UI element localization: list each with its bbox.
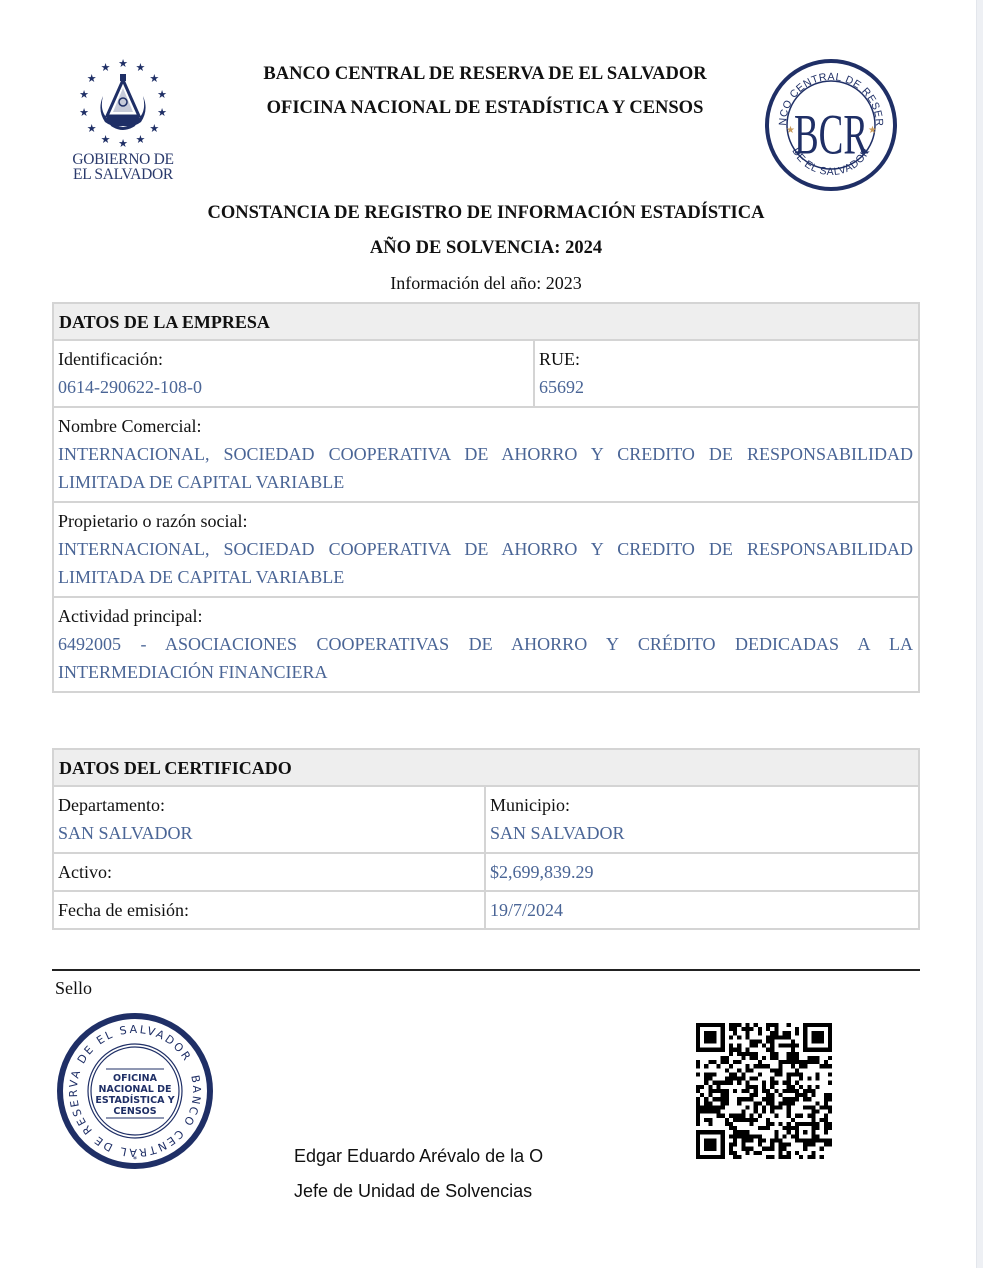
gov-logo-line1: GOBIERNO DE xyxy=(58,152,188,167)
actividad-cell: Actividad principal: 6492005 - ASOCIACIO… xyxy=(53,597,919,692)
svg-text:★: ★ xyxy=(149,122,159,135)
signature-separator xyxy=(52,969,920,971)
propietario-value: INTERNACIONAL, SOCIEDAD COOPERATIVA DE A… xyxy=(58,535,913,591)
seal-line-1: OFICINA xyxy=(113,1073,158,1084)
municipio-label: Municipio: xyxy=(490,791,913,819)
seal-line-3: ESTADÍSTICA Y xyxy=(95,1094,174,1106)
seal-line-2: NACIONAL DE xyxy=(99,1084,172,1095)
office-name: OFICINA NACIONAL DE ESTADÍSTICA Y CENSOS xyxy=(200,96,770,120)
verification-qr-code[interactable] xyxy=(696,1023,832,1159)
gobierno-el-salvador-logo: ★★★★★★★★★★★★★★ GOBIERNO DE EL SALVADOR xyxy=(58,58,188,190)
fecha-label-cell: Fecha de emisión: xyxy=(53,891,485,929)
document-page: ★★★★★★★★★★★★★★ GOBIERNO DE EL SALVADOR B… xyxy=(0,0,976,1268)
svg-text:★: ★ xyxy=(157,88,167,101)
departamento-value: SAN SALVADOR xyxy=(58,819,479,847)
departamento-cell: Departamento: SAN SALVADOR xyxy=(53,786,485,853)
municipio-value: SAN SALVADOR xyxy=(490,819,913,847)
svg-text:★: ★ xyxy=(135,133,145,146)
activo-value-cell: $2,699,839.29 xyxy=(485,853,919,891)
fecha-value: 19/7/2024 xyxy=(490,897,913,923)
svg-text:★: ★ xyxy=(79,88,89,101)
identificacion-cell: Identificación: 0614-290622-108-0 xyxy=(53,340,534,407)
rue-cell: RUE: 65692 xyxy=(534,340,919,407)
svg-text:★: ★ xyxy=(79,106,89,119)
propietario-cell: Propietario o razón social: INTERNACIONA… xyxy=(53,502,919,597)
nombre-comercial-cell: Nombre Comercial: INTERNACIONAL, SOCIEDA… xyxy=(53,407,919,502)
signer-name: Edgar Eduardo Arévalo de la O xyxy=(294,1146,543,1167)
rue-value: 65692 xyxy=(539,373,913,401)
svg-text:★: ★ xyxy=(786,125,795,136)
fecha-label: Fecha de emisión: xyxy=(58,897,479,923)
svg-text:★: ★ xyxy=(149,72,159,85)
activo-label: Activo: xyxy=(58,859,479,885)
seal-line-4: CENSOS xyxy=(113,1106,156,1117)
svg-text:★: ★ xyxy=(101,133,111,146)
bcr-logo-icon: BANCO CENTRAL DE RESERVA DE EL SALVADOR … xyxy=(764,58,898,192)
svg-text:★: ★ xyxy=(157,106,167,119)
header-titles: BANCO CENTRAL DE RESERVA DE EL SALVADOR … xyxy=(200,62,770,120)
company-section-header: DATOS DE LA EMPRESA xyxy=(53,303,919,340)
actividad-label: Actividad principal: xyxy=(58,602,913,630)
svg-text:*: * xyxy=(133,1155,137,1164)
svg-text:★: ★ xyxy=(101,61,111,74)
certificate-data-table: DATOS DEL CERTIFICADO Departamento: SAN … xyxy=(52,748,920,930)
svg-text:★: ★ xyxy=(87,72,97,85)
activo-value: $2,699,839.29 xyxy=(490,859,913,885)
svg-text:★: ★ xyxy=(868,125,877,136)
solvency-year: AÑO DE SOLVENCIA: 2024 xyxy=(0,238,972,259)
bcr-monogram: BCR xyxy=(794,103,868,165)
nombre-comercial-value: INTERNACIONAL, SOCIEDAD COOPERATIVA DE A… xyxy=(58,440,913,496)
svg-text:★: ★ xyxy=(118,137,128,150)
sello-label: Sello xyxy=(55,978,92,999)
propietario-label: Propietario o razón social: xyxy=(58,507,913,535)
svg-text:★: ★ xyxy=(87,122,97,135)
departamento-label: Departamento: xyxy=(58,791,479,819)
company-data-table: DATOS DE LA EMPRESA Identificación: 0614… xyxy=(52,302,920,693)
certificate-section-header: DATOS DEL CERTIFICADO xyxy=(53,749,919,786)
onec-seal-icon: BANCO CENTRAL DE RESERVA DE EL SALVADOR … xyxy=(56,1012,214,1170)
identificacion-label: Identificación: xyxy=(58,345,528,373)
svg-text:★: ★ xyxy=(118,58,128,70)
document-title: CONSTANCIA DE REGISTRO DE INFORMACIÓN ES… xyxy=(0,203,972,224)
information-year: Información del año: 2023 xyxy=(0,273,972,294)
activo-label-cell: Activo: xyxy=(53,853,485,891)
actividad-value: 6492005 - ASOCIACIONES COOPERATIVAS DE A… xyxy=(58,630,913,686)
municipio-cell: Municipio: SAN SALVADOR xyxy=(485,786,919,853)
page-scrollbar-track[interactable] xyxy=(976,0,983,1268)
nombre-comercial-label: Nombre Comercial: xyxy=(58,412,913,440)
gov-logo-line2: EL SALVADOR xyxy=(58,167,188,182)
bank-name: BANCO CENTRAL DE RESERVA DE EL SALVADOR xyxy=(200,62,770,86)
rue-label: RUE: xyxy=(539,345,913,373)
signer-role: Jefe de Unidad de Solvencias xyxy=(294,1181,532,1202)
fecha-value-cell: 19/7/2024 xyxy=(485,891,919,929)
identificacion-value: 0614-290622-108-0 xyxy=(58,373,528,401)
svg-text:★: ★ xyxy=(135,61,145,74)
coat-of-arms-icon: ★★★★★★★★★★★★★★ xyxy=(63,58,183,150)
